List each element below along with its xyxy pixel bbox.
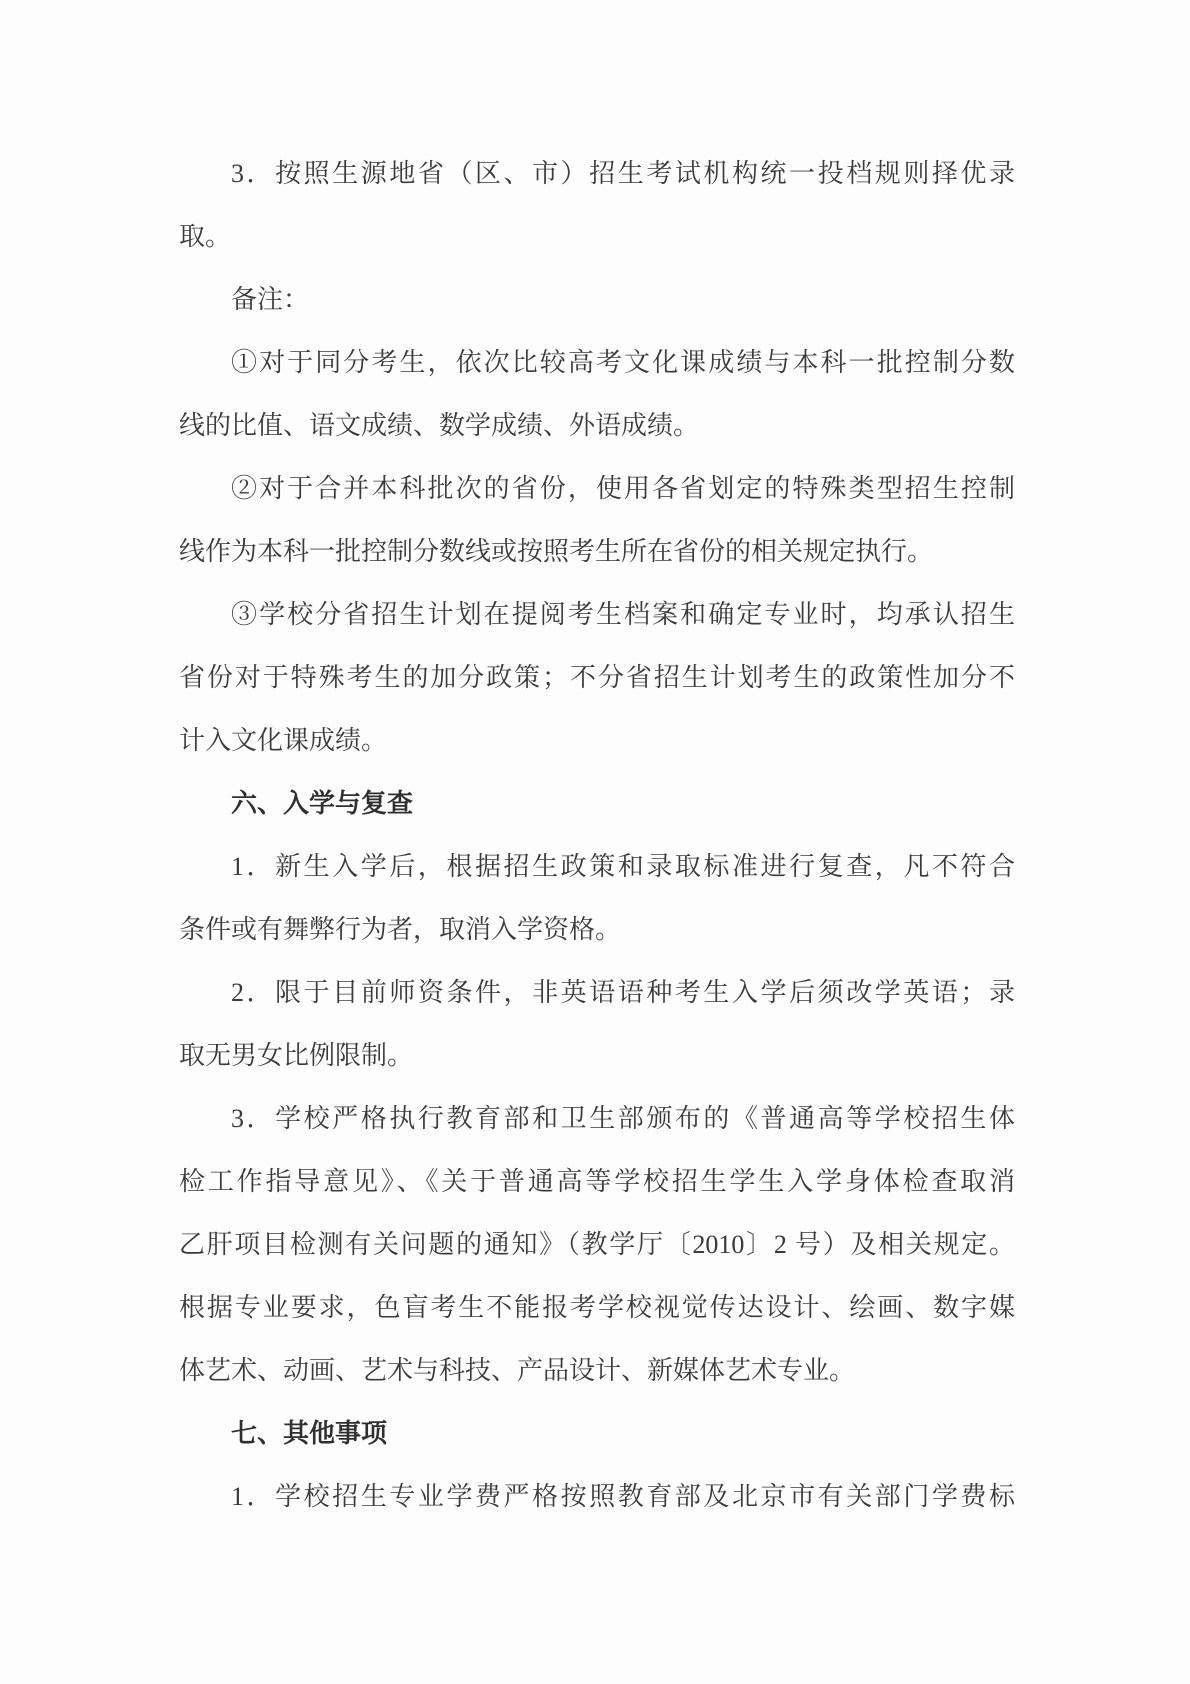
paragraph: 2．限于目前师资条件，非英语语种考生入学后须改学英语；录取无男女比例限制。: [179, 961, 1015, 1087]
text-line: 1．学校招生专业学费严格按照教育部及北京市有关部门学费标: [179, 1465, 1015, 1528]
text-line: 线的比值、语文成绩、数学成绩、外语成绩。: [179, 394, 1015, 457]
text-line: 七、其他事项: [179, 1402, 1015, 1465]
paragraph: 3．学校严格执行教育部和卫生部颁布的《普通高等学校招生体检工作指导意见》、《关于…: [179, 1087, 1015, 1402]
text-line: 备注：: [179, 268, 1015, 331]
text-line: 根据专业要求，色盲考生不能报考学校视觉传达设计、绘画、数字媒: [179, 1276, 1015, 1339]
text-line: 线作为本科一批控制分数线或按照考生所在省份的相关规定执行。: [179, 520, 1015, 583]
text-line: ②对于合并本科批次的省份，使用各省划定的特殊类型招生控制: [179, 457, 1015, 520]
document-body: 3．按照生源地省（区、市）招生考试机构统一投档规则择优录取。备注：①对于同分考生…: [179, 142, 1015, 1528]
text-line: 检工作指导意见》、《关于普通高等学校招生学生入学身体检查取消: [179, 1150, 1015, 1213]
paragraph: 1．学校招生专业学费严格按照教育部及北京市有关部门学费标: [179, 1465, 1015, 1528]
paragraph: ③学校分省招生计划在提阅考生档案和确定专业时，均承认招生省份对于特殊考生的加分政…: [179, 583, 1015, 772]
text-line: ①对于同分考生，依次比较高考文化课成绩与本科一批控制分数: [179, 331, 1015, 394]
paragraph: 1．新生入学后，根据招生政策和录取标准进行复查，凡不符合条件或有舞弊行为者，取消…: [179, 835, 1015, 961]
document-page: 3．按照生源地省（区、市）招生考试机构统一投档规则择优录取。备注：①对于同分考生…: [0, 0, 1190, 1684]
section-heading: 六、入学与复查: [179, 772, 1015, 835]
paragraph: ②对于合并本科批次的省份，使用各省划定的特殊类型招生控制线作为本科一批控制分数线…: [179, 457, 1015, 583]
text-line: 取无男女比例限制。: [179, 1024, 1015, 1087]
paragraph: ①对于同分考生，依次比较高考文化课成绩与本科一批控制分数线的比值、语文成绩、数学…: [179, 331, 1015, 457]
text-line: 六、入学与复查: [179, 772, 1015, 835]
text-line: 乙肝项目检测有关问题的通知》（教学厅〔2010〕2 号）及相关规定。: [179, 1213, 1015, 1276]
text-line: 条件或有舞弊行为者，取消入学资格。: [179, 898, 1015, 961]
text-line: 省份对于特殊考生的加分政策；不分省招生计划考生的政策性加分不: [179, 646, 1015, 709]
text-line: 3．按照生源地省（区、市）招生考试机构统一投档规则择优录: [179, 142, 1015, 205]
text-line: ③学校分省招生计划在提阅考生档案和确定专业时，均承认招生: [179, 583, 1015, 646]
section-heading: 七、其他事项: [179, 1402, 1015, 1465]
paragraph: 备注：: [179, 268, 1015, 331]
text-line: 体艺术、动画、艺术与科技、产品设计、新媒体艺术专业。: [179, 1339, 1015, 1402]
text-line: 2．限于目前师资条件，非英语语种考生入学后须改学英语；录: [179, 961, 1015, 1024]
text-line: 计入文化课成绩。: [179, 709, 1015, 772]
text-line: 1．新生入学后，根据招生政策和录取标准进行复查，凡不符合: [179, 835, 1015, 898]
text-line: 3．学校严格执行教育部和卫生部颁布的《普通高等学校招生体: [179, 1087, 1015, 1150]
paragraph: 3．按照生源地省（区、市）招生考试机构统一投档规则择优录取。: [179, 142, 1015, 268]
text-line: 取。: [179, 205, 1015, 268]
